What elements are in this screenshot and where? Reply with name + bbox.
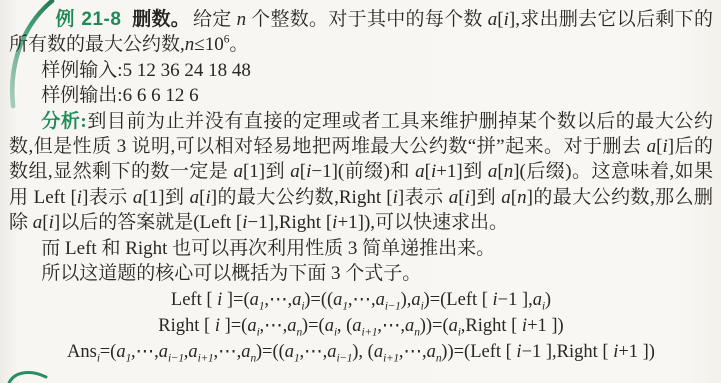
analysis-paragraph: 分析:到目前为止并没有直接的定理或者工具来维护删掉某个数以后的最大公约数,但是性… bbox=[9, 109, 713, 236]
analysis-label: 分析: bbox=[41, 111, 86, 132]
formula-ans: Ansi=(a1,⋯,ai−1,ai+1,⋯,an)=((a1,⋯,ai−1),… bbox=[9, 339, 713, 365]
textbook-page: 例 21-8删数。给定 n 个整数。对于其中的每个数 a[i],求出删去它以后剩… bbox=[0, 0, 721, 383]
analysis-body: 到目前为止并没有直接的定理或者工具来维护删掉某个数以后的最大公约数,但是性质 3… bbox=[9, 111, 713, 234]
sample-output-label: 样例输出: bbox=[41, 85, 122, 106]
sample-input-label: 样例输入: bbox=[41, 60, 122, 81]
example-label: 例 21-8 bbox=[56, 9, 122, 30]
sample-input-line: 样例输入:5 12 36 24 18 48 bbox=[9, 58, 713, 83]
formula-right: Right [ i ]=(ai,⋯,an)=(ai, (ai+1,⋯,an))=… bbox=[9, 313, 713, 339]
formula-left: Left [ i ]=(a1,⋯,ai)=((a1,⋯,ai−1),ai)=(L… bbox=[9, 287, 713, 313]
analysis-note-recursion: 而 Left 和 Right 也可以再次利用性质 3 简单递推出来。 bbox=[9, 236, 713, 261]
problem-title: 删数。 bbox=[132, 9, 190, 30]
problem-paragraph: 例 21-8删数。给定 n 个整数。对于其中的每个数 a[i],求出删去它以后剩… bbox=[9, 7, 713, 58]
analysis-note-core: 所以这道题的核心可以概括为下面 3 个式子。 bbox=[9, 261, 713, 286]
sample-input-values: 5 12 36 24 18 48 bbox=[123, 60, 251, 81]
formula-block: Left [ i ]=(a1,⋯,ai)=((a1,⋯,ai−1),ai)=(L… bbox=[9, 287, 713, 365]
sample-output-values: 6 6 6 12 6 bbox=[123, 85, 199, 106]
sample-output-line: 样例输出:6 6 6 12 6 bbox=[9, 83, 713, 108]
